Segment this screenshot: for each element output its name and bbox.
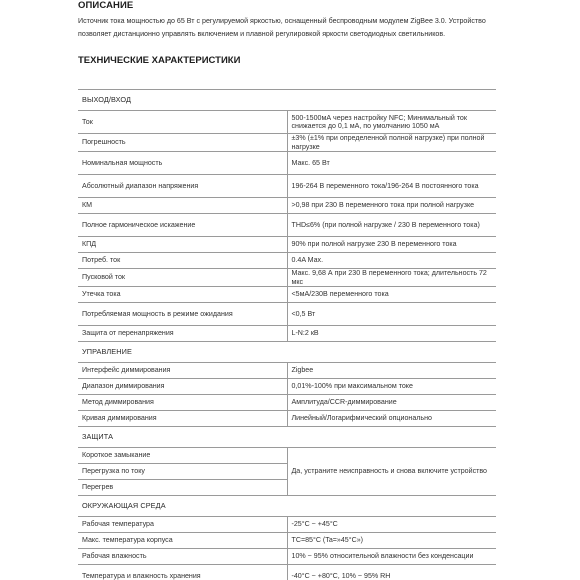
row-value: Амплитуда/CCR-диммирование	[287, 395, 496, 411]
row-value: <5мА/230В переменного тока	[287, 287, 496, 303]
row-label: Полное гармоническое искажение	[78, 214, 287, 237]
row-value: Линейный/Логарифмический опционально	[287, 411, 496, 427]
row-label: Кривая диммирования	[78, 411, 287, 427]
section-header-protection: ЗАЩИТА	[78, 427, 496, 448]
row-label: Перегрузка по току	[78, 464, 287, 480]
row-value: Да, устраните неисправность и снова вклю…	[287, 448, 496, 496]
row-value: 90% при полной нагрузке 230 В переменног…	[287, 237, 496, 253]
spec-page: ОПИСАНИЕ Источник тока мощностью до 65 В…	[78, 0, 496, 68]
row-value: Zigbee	[287, 363, 496, 379]
section-title: УПРАВЛЕНИЕ	[78, 342, 496, 363]
row-label: Интерфейс диммирования	[78, 363, 287, 379]
row-label: КМ	[78, 198, 287, 214]
section-title: ЗАЩИТА	[78, 427, 496, 448]
table-row: Метод диммирования Амплитуда/CCR-диммиро…	[78, 395, 496, 411]
row-value: 0,01%-100% при максимальном токе	[287, 379, 496, 395]
row-value: TC=85°C (Ta=»45°C»)	[287, 533, 496, 549]
row-label: КПД	[78, 237, 287, 253]
table-row: Защита от перенапряжения L-N:2 кВ	[78, 326, 496, 342]
table-row: Погрешность ±3% (±1% при определенной по…	[78, 134, 496, 152]
row-label: Диапазон диммирования	[78, 379, 287, 395]
table-row: Рабочая температура -25°C ~ +45°C	[78, 517, 496, 533]
table-row: Макс. температура корпуса TC=85°C (Ta=»4…	[78, 533, 496, 549]
table-row: Пусковой ток Макс. 9,68 А при 230 В пере…	[78, 269, 496, 287]
row-value: Макс. 9,68 А при 230 В переменного тока;…	[287, 269, 496, 287]
row-label: Потребляемая мощность в режиме ожидания	[78, 303, 287, 326]
specs-title: ТЕХНИЧЕСКИЕ ХАРАКТЕРИСТИКИ	[78, 54, 496, 68]
table-row: Утечка тока <5мА/230В переменного тока	[78, 287, 496, 303]
row-label: Потреб. ток	[78, 253, 287, 269]
table-row: Потреб. ток 0.4A Max.	[78, 253, 496, 269]
row-label: Температура и влажность хранения	[78, 565, 287, 580]
row-value: 196-264 В переменного тока/196-264 В пос…	[287, 175, 496, 198]
row-label: Номинальная мощность	[78, 152, 287, 175]
row-label: Макс. температура корпуса	[78, 533, 287, 549]
row-label: Короткое замыкание	[78, 448, 287, 464]
table-row: Рабочая влажность 10% ~ 95% относительно…	[78, 549, 496, 565]
section-title: ОКРУЖАЮЩАЯ СРЕДА	[78, 496, 496, 517]
row-label: Утечка тока	[78, 287, 287, 303]
row-label: Пусковой ток	[78, 269, 287, 287]
row-label: Защита от перенапряжения	[78, 326, 287, 342]
row-value: L-N:2 кВ	[287, 326, 496, 342]
row-value: THD≤6% (при полной нагрузке / 230 В пере…	[287, 214, 496, 237]
row-label: Абсолютный диапазон напряжения	[78, 175, 287, 198]
table-row: Диапазон диммирования 0,01%-100% при мак…	[78, 379, 496, 395]
table-row: Короткое замыкание Да, устраните неиспра…	[78, 448, 496, 464]
row-label: Рабочая влажность	[78, 549, 287, 565]
row-value: -25°C ~ +45°C	[287, 517, 496, 533]
table-row: Кривая диммирования Линейный/Логарифмиче…	[78, 411, 496, 427]
table-row: Ток 500-1500мА через настройку NFC; Мини…	[78, 111, 496, 134]
row-label: Перегрев	[78, 480, 287, 496]
section-header-io: ВЫХОД/ВХОД	[78, 90, 496, 111]
row-value: 10% ~ 95% относительной влажности без ко…	[287, 549, 496, 565]
description-text: Источник тока мощностью до 65 Вт с регул…	[78, 15, 496, 41]
row-label: Погрешность	[78, 134, 287, 152]
table-row: КМ >0,98 при 230 В переменного тока при …	[78, 198, 496, 214]
row-value: 500-1500мА через настройку NFC; Минималь…	[287, 111, 496, 134]
row-value: 0.4A Max.	[287, 253, 496, 269]
row-label: Рабочая температура	[78, 517, 287, 533]
row-label: Метод диммирования	[78, 395, 287, 411]
table-row: Полное гармоническое искажение THD≤6% (п…	[78, 214, 496, 237]
section-title: ВЫХОД/ВХОД	[78, 90, 496, 111]
row-value: Макс. 65 Вт	[287, 152, 496, 175]
table-row: Температура и влажность хранения -40°C ~…	[78, 565, 496, 580]
table-row: Потребляемая мощность в режиме ожидания …	[78, 303, 496, 326]
row-value: -40°C ~ +80°C, 10% ~ 95% RH	[287, 565, 496, 580]
table-row: Номинальная мощность Макс. 65 Вт	[78, 152, 496, 175]
row-value: <0,5 Вт	[287, 303, 496, 326]
table-row: КПД 90% при полной нагрузке 230 В переме…	[78, 237, 496, 253]
section-header-environment: ОКРУЖАЮЩАЯ СРЕДА	[78, 496, 496, 517]
row-label: Ток	[78, 111, 287, 134]
description-title: ОПИСАНИЕ	[78, 0, 496, 12]
row-value: >0,98 при 230 В переменного тока при пол…	[287, 198, 496, 214]
specs-table: ВЫХОД/ВХОД Ток 500-1500мА через настройк…	[78, 89, 496, 580]
table-row: Абсолютный диапазон напряжения 196-264 В…	[78, 175, 496, 198]
row-value: ±3% (±1% при определенной полной нагрузк…	[287, 134, 496, 152]
table-row: Интерфейс диммирования Zigbee	[78, 363, 496, 379]
section-header-control: УПРАВЛЕНИЕ	[78, 342, 496, 363]
